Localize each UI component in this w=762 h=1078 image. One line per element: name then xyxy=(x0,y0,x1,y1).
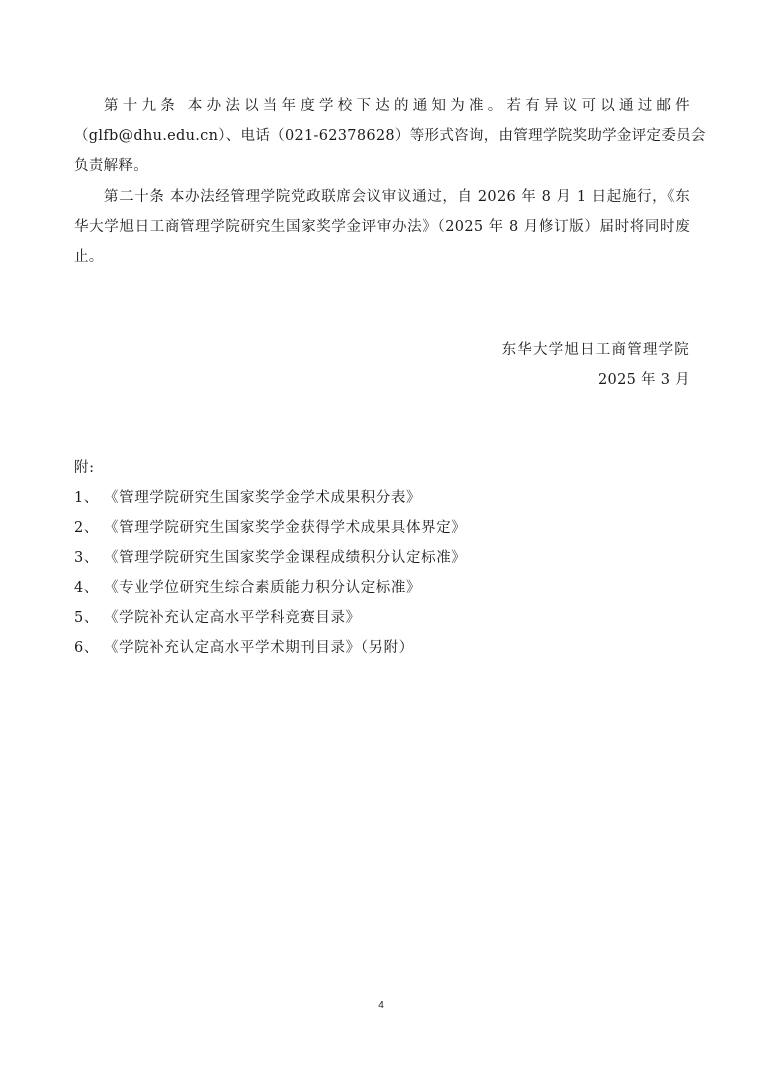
attachment-number: 5、 xyxy=(74,608,104,628)
attachment-number: 1、 xyxy=(74,488,104,508)
attachment-title: 《学院补充认定高水平学术期刊目录》（另附） xyxy=(104,640,414,656)
attachment-number: 2、 xyxy=(74,518,104,538)
article-20-line-2: 华大学旭日工商管理学院研究生国家奖学金评审办法》（2025 年 8 月修订版）届… xyxy=(74,217,690,237)
article-19-line-1: 第十九条 本办法以当年度学校下达的通知为准。若有异议可以通过邮件 xyxy=(104,96,690,116)
attachment-item: 1、《管理学院研究生国家奖学金学术成果积分表》 xyxy=(74,488,421,508)
article-20-line-3: 止。 xyxy=(74,247,690,267)
attachment-number: 3、 xyxy=(74,548,104,568)
attachment-item: 5、《学院补充认定高水平学科竞赛目录》 xyxy=(74,608,361,628)
attachment-item: 2、《管理学院研究生国家奖学金获得学术成果具体界定》 xyxy=(74,518,466,538)
attachment-number: 6、 xyxy=(74,638,104,658)
document-page: 第十九条 本办法以当年度学校下达的通知为准。若有异议可以通过邮件 （glfb@d… xyxy=(0,0,762,1078)
signature-organization: 东华大学旭日工商管理学院 xyxy=(502,340,690,360)
signature-date: 2025 年 3 月 xyxy=(598,370,690,390)
attachment-title: 《管理学院研究生国家奖学金学术成果积分表》 xyxy=(104,490,421,506)
article-20-line-1: 第二十条 本办法经管理学院党政联席会议审议通过，自 2026 年 8 月 1 日… xyxy=(104,187,690,207)
article-19-line-2: （glfb@dhu.edu.cn）、电话（021-62378628）等形式咨询，… xyxy=(74,126,690,146)
attachment-title: 《管理学院研究生国家奖学金课程成绩积分认定标准》 xyxy=(104,550,466,566)
attachment-item: 3、《管理学院研究生国家奖学金课程成绩积分认定标准》 xyxy=(74,548,466,568)
attachments-heading: 附: xyxy=(74,458,95,478)
attachment-number: 4、 xyxy=(74,578,104,598)
page-number: 4 xyxy=(0,1000,762,1011)
article-19-line-3: 负责解释。 xyxy=(74,156,690,176)
attachment-title: 《学院补充认定高水平学科竞赛目录》 xyxy=(104,610,361,626)
attachment-title: 《专业学位研究生综合素质能力积分认定标准》 xyxy=(104,580,421,596)
attachment-title: 《管理学院研究生国家奖学金获得学术成果具体界定》 xyxy=(104,520,466,536)
attachment-item: 4、《专业学位研究生综合素质能力积分认定标准》 xyxy=(74,578,421,598)
attachment-item: 6、《学院补充认定高水平学术期刊目录》（另附） xyxy=(74,638,414,658)
